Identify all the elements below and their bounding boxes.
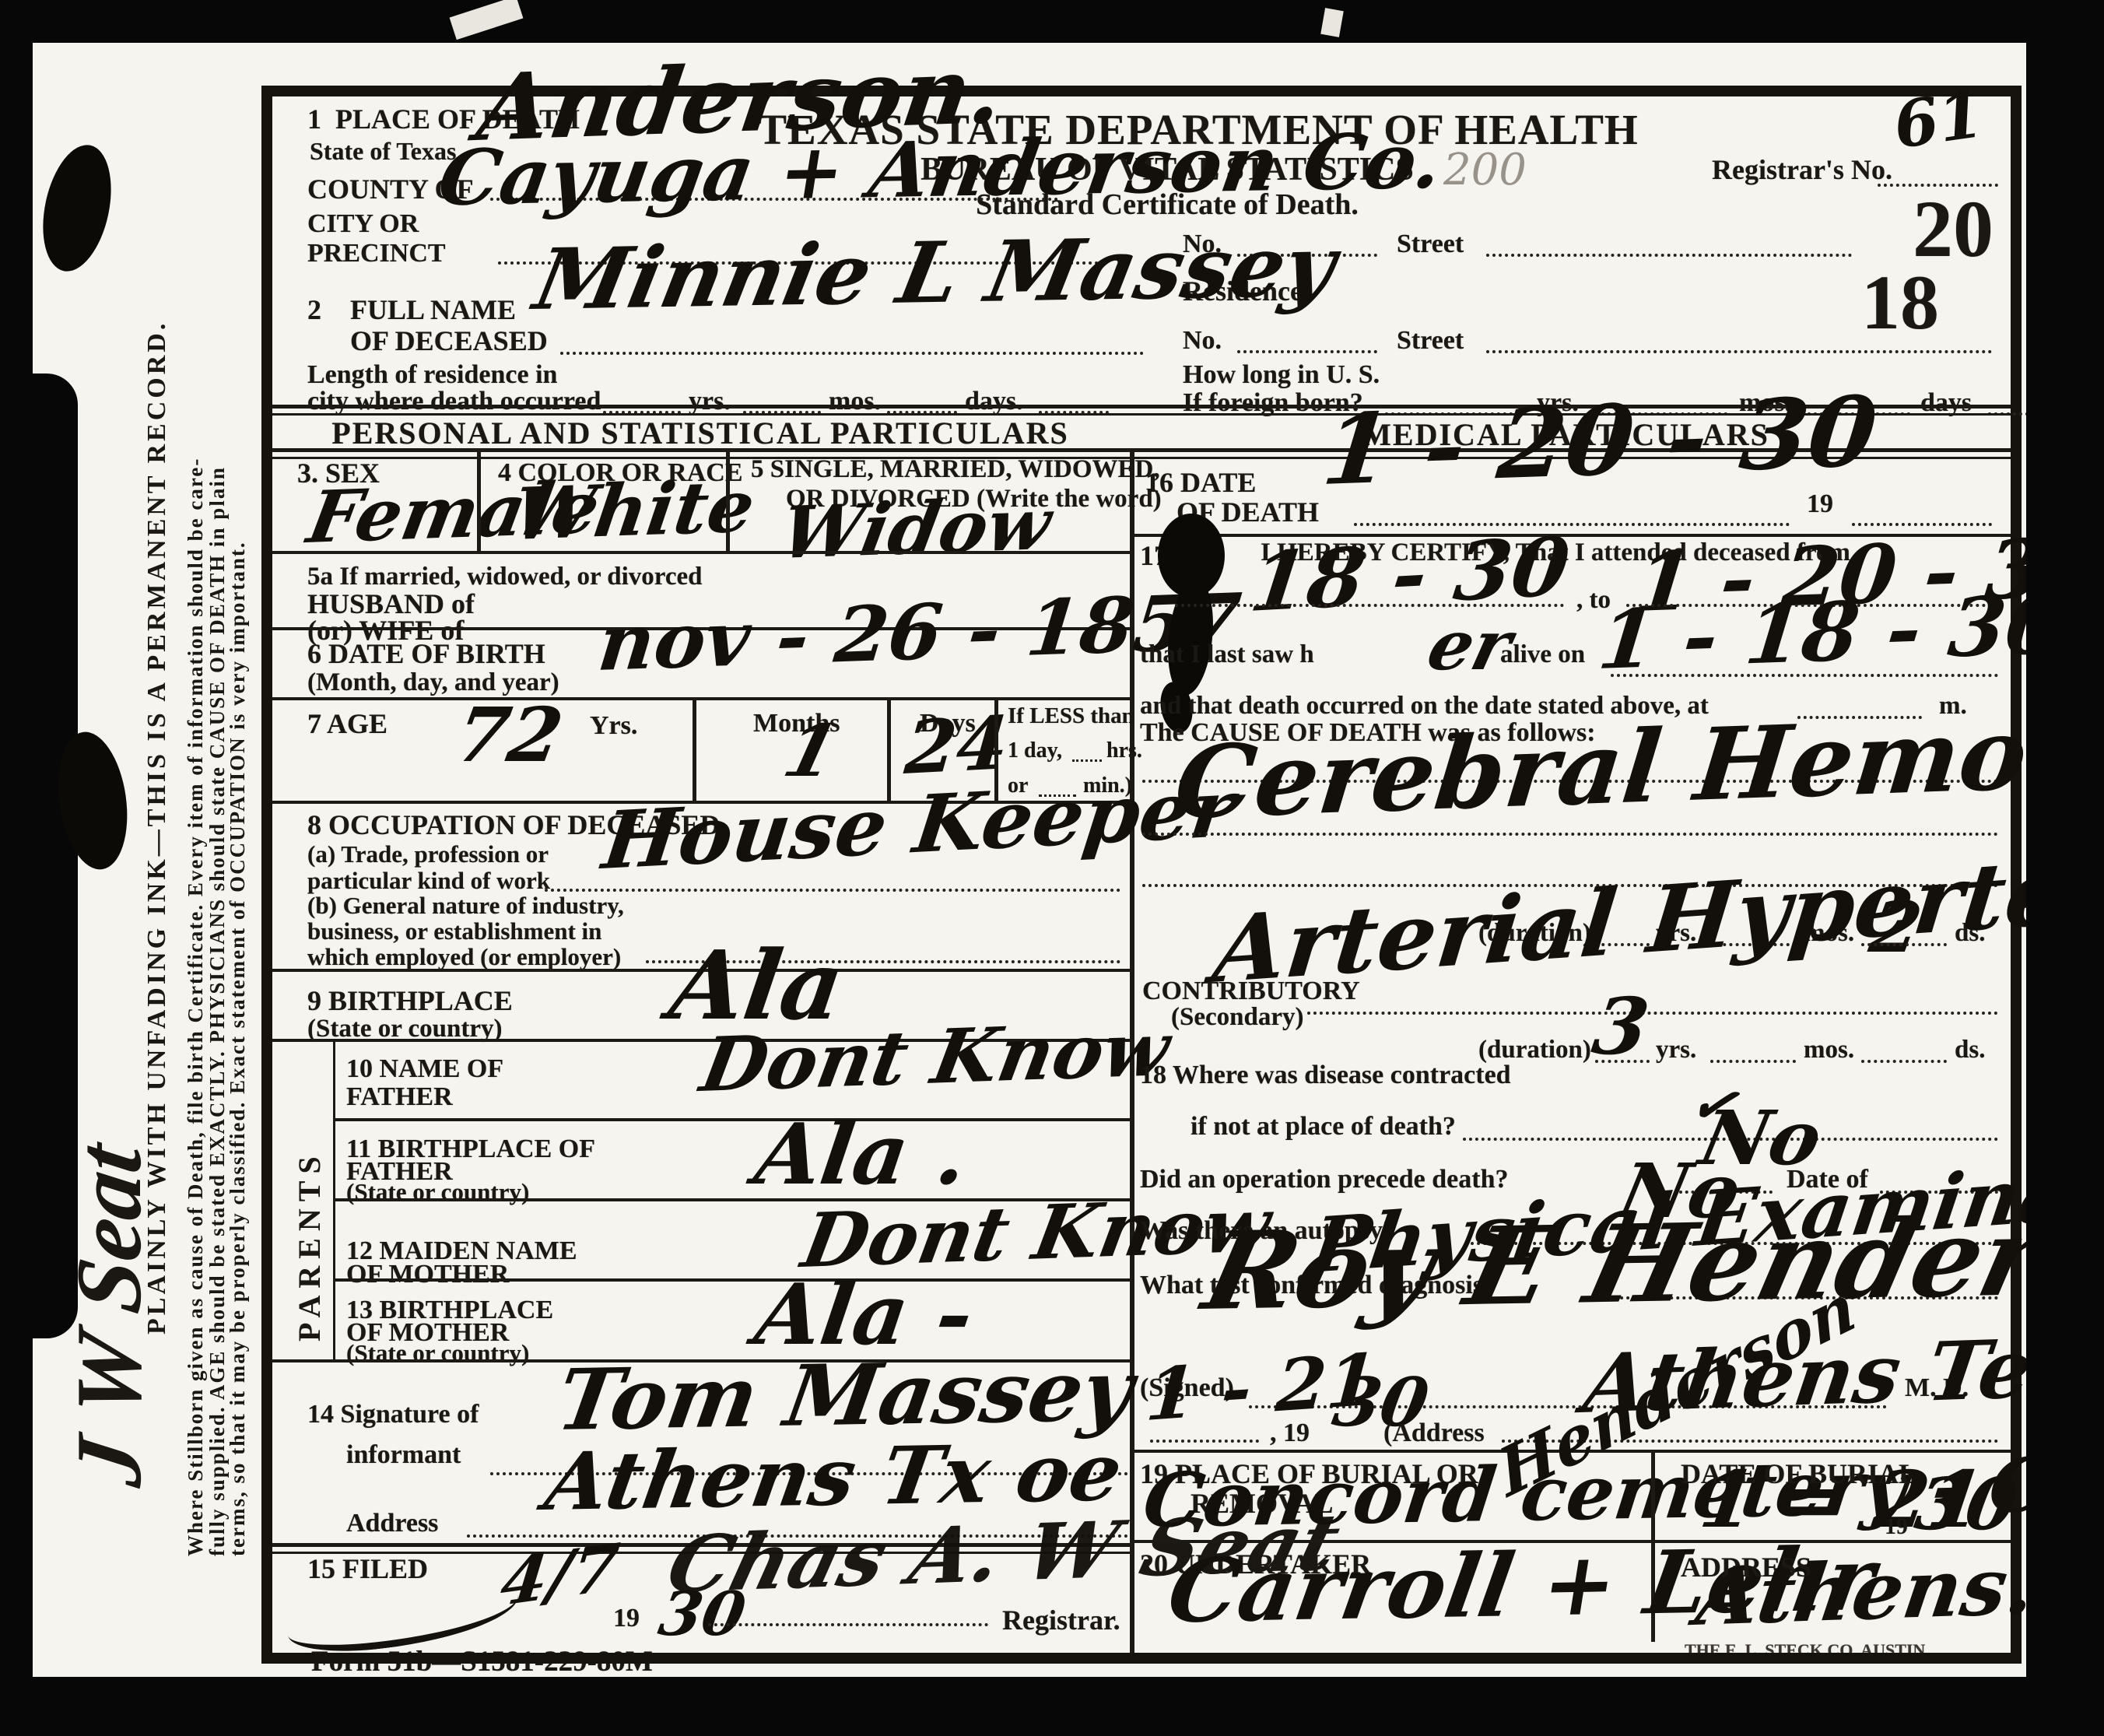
dod-number: 16 (1145, 467, 1173, 498)
age-unit-label: Yrs. (590, 712, 637, 740)
father-label-2: FATHER (346, 1083, 453, 1111)
birthplace-value: Ala (665, 943, 848, 1029)
fullname-number: 2 (307, 296, 321, 325)
fullname-value: Minnie L Massey (529, 229, 1341, 318)
filed-label: 15 FILED (307, 1555, 428, 1584)
registrar-print-label: Registrar. (1002, 1606, 1120, 1636)
contributory-line (1307, 1012, 1998, 1015)
duration2-line-c (1861, 1060, 1947, 1063)
res-no-label: No. (1183, 327, 1222, 355)
age-value: 72 (451, 702, 567, 769)
margin-note-line4: terms, so that it may be properly classi… (226, 541, 250, 1556)
duration2-line-a (1595, 1060, 1650, 1063)
city-label-2: PRECINCT (307, 240, 446, 268)
row345-baseline (272, 551, 1130, 554)
registrar-no-label: Registrar's No. (1712, 156, 1892, 185)
father-row-rule (333, 1118, 1130, 1121)
scan-border-right (2026, 0, 2104, 1736)
marital-text1: SINGLE, MARRIED, WIDOWED, (770, 455, 1160, 483)
filed-number: 15 (307, 1553, 335, 1584)
contributory-value: Arterial Hypertension (1210, 831, 2104, 992)
father-number: 10 (346, 1054, 373, 1083)
scanned-death-certificate: PLAINLY WITH UNFADING INK—THIS IS A PERM… (0, 0, 2104, 1736)
filed-text: FILED (342, 1553, 428, 1584)
mother-label-2: OF MOTHER (346, 1261, 509, 1289)
race-value: White (510, 474, 759, 546)
duration2-line-b (1710, 1060, 1796, 1063)
undertaker-address-value: Athens. (1692, 1551, 2039, 1634)
burial-19-print: 19 (1885, 1514, 1908, 1539)
filed-sig-line (708, 1623, 988, 1626)
undertaker-number: 20 (1140, 1548, 1168, 1580)
mother-bp-value: Ala - (751, 1278, 977, 1353)
scan-border-top (0, 0, 2104, 43)
ifless-hrs: hrs. (1106, 739, 1142, 762)
res-no-line (1237, 350, 1377, 353)
duration2-yrs: yrs. (1656, 1036, 1696, 1064)
husband-text1: If married, widowed, or divorced (339, 563, 702, 591)
where-number: 18 (1140, 1061, 1166, 1089)
fullname-label1: FULL NAME (350, 296, 516, 325)
margin-handwritten-scrawl: J W Seat (67, 1139, 151, 1490)
personal-section-title: PERSONAL AND STATISTICAL PARTICULARS (331, 417, 1068, 450)
age-number: 7 (307, 708, 321, 739)
address-paren-label: (Address (1383, 1419, 1485, 1447)
field1-number: 1 (307, 103, 321, 135)
operation-label: Did an operation precede death? (1140, 1166, 1508, 1194)
informant-value: Tom Massey (552, 1353, 1138, 1439)
father-text1: NAME OF (380, 1054, 504, 1083)
age-text: AGE (327, 708, 387, 739)
race-number: 4 (498, 458, 511, 487)
father-value: Dont Know (696, 1015, 1174, 1099)
paper-background: PLAINLY WITH UNFADING INK—THIS IS A PERM… (31, 43, 2026, 1677)
lastsaw-value: 1 - 18 - 30 (1595, 587, 2066, 676)
occupation-a2: particular kind of work (307, 868, 550, 894)
parents-vertical-label: PARENTS (291, 1149, 328, 1341)
state-of-texas-label: State of Texas (310, 139, 456, 165)
informant-label-1: 14 Signature of (307, 1401, 479, 1429)
husband-number: 5a (307, 563, 333, 591)
lastsaw-post: alive on (1500, 641, 1585, 668)
race-marital-divider (726, 448, 730, 551)
marital-number: 5 (751, 455, 764, 483)
informant-label-2: informant (346, 1441, 461, 1469)
res-street-line (1486, 350, 1992, 353)
scan-border-left (0, 0, 33, 1736)
dob-row-rule (272, 697, 1130, 700)
physician-signature: Roy E Henderson (1197, 1205, 2104, 1320)
dob-text: DATE OF BIRTH (328, 638, 545, 669)
occupation-b2: business, or establishment in (307, 919, 601, 945)
duration2-ds: ds. (1955, 1036, 1985, 1064)
length-line1: Length of residence in (307, 361, 557, 389)
birthplace-number: 9 (307, 985, 321, 1016)
dod-value: 1 - 20 - 30 (1319, 388, 1881, 494)
duration2-mos: mos. (1804, 1036, 1854, 1064)
informant-number: 14 (307, 1400, 334, 1429)
dod-text1: DATE (1180, 467, 1256, 498)
mother-row-rule (333, 1278, 1130, 1282)
contrib-duration-yrs-value: 3 (1589, 991, 1653, 1061)
fullname-line (560, 352, 1144, 355)
father-label-1: 10 NAME OF (346, 1055, 503, 1083)
dod-label-1: 16 DATE (1145, 468, 1256, 498)
occupation-b3: which employed (or employer) (307, 945, 621, 970)
marital-value: Widow (777, 492, 1056, 566)
occupation-number: 8 (307, 809, 321, 840)
age-label: 7 AGE (307, 710, 387, 739)
occupation-a1: (a) Trade, profession or (307, 842, 549, 868)
where-label-2: if not at place of death? (1191, 1113, 1456, 1141)
sex-race-divider (477, 448, 481, 551)
marital-label-1: 5 SINGLE, MARRIED, WIDOWED, (751, 456, 1160, 483)
city-value: Cayuga + Anderson Co. (434, 128, 1446, 214)
cause-line-2 (1142, 833, 1998, 836)
father-bp-value: Ala . (751, 1117, 972, 1193)
occupation-a-line (545, 889, 1120, 892)
filed-19-print: 19 (613, 1604, 640, 1633)
contributory-sub: (Secondary) (1171, 1004, 1303, 1031)
pencil-number: 200 (1443, 145, 1527, 195)
lastsaw-pre: that I last saw h (1140, 641, 1314, 668)
ifless-hrs-line (1072, 759, 1102, 762)
where-text1: Where was disease contracted (1173, 1061, 1511, 1089)
registrar-no-value: 61 (1891, 86, 1987, 156)
birthplace-label: 9 BIRTHPLACE (307, 987, 513, 1016)
dob-number: 6 (307, 638, 321, 669)
scan-border-bottom (0, 1677, 2104, 1736)
res-street-label: Street (1397, 327, 1464, 355)
fullname-label2: OF DECEASED (350, 327, 548, 356)
informant-text1: Signature of (341, 1400, 479, 1429)
howlong-line1: How long in U. S. (1183, 361, 1380, 389)
burial-year-value: 30 (1911, 1472, 2022, 1537)
pod-street-line (1486, 254, 1852, 257)
occupation-b1: (b) General nature of industry, (307, 893, 624, 919)
margin-note-line2: Where Stillborn given as cause of Death,… (184, 458, 208, 1556)
where-label-1: 18 Where was disease contracted (1140, 1061, 1511, 1089)
certificate-border: 1 PLACE OF DEATH TEXAS STATE DEPARTMENT … (261, 86, 2022, 1664)
signed-19-print: , 19 (1270, 1419, 1310, 1447)
city-label-1: CITY OR (307, 210, 419, 238)
pod-street-label: Street (1397, 230, 1464, 258)
signed-date-line (1150, 1440, 1259, 1443)
husband-label-1: 5a If married, widowed, or divorced (307, 563, 703, 591)
dob-label: 6 DATE OF BIRTH (307, 640, 545, 669)
ifless-line1: If LESS than (1008, 704, 1134, 728)
hole-punch-top (33, 139, 122, 277)
birthplace-text: BIRTHPLACE (328, 985, 513, 1016)
dod-19-print: 19 (1807, 490, 1833, 518)
stamp-18: 18 (1861, 261, 1939, 343)
informant-address-label: Address (346, 1510, 438, 1538)
duration2-label: (duration) (1478, 1036, 1591, 1064)
age-months-divider (693, 697, 696, 801)
ifless-day: 1 day, (1008, 739, 1062, 762)
